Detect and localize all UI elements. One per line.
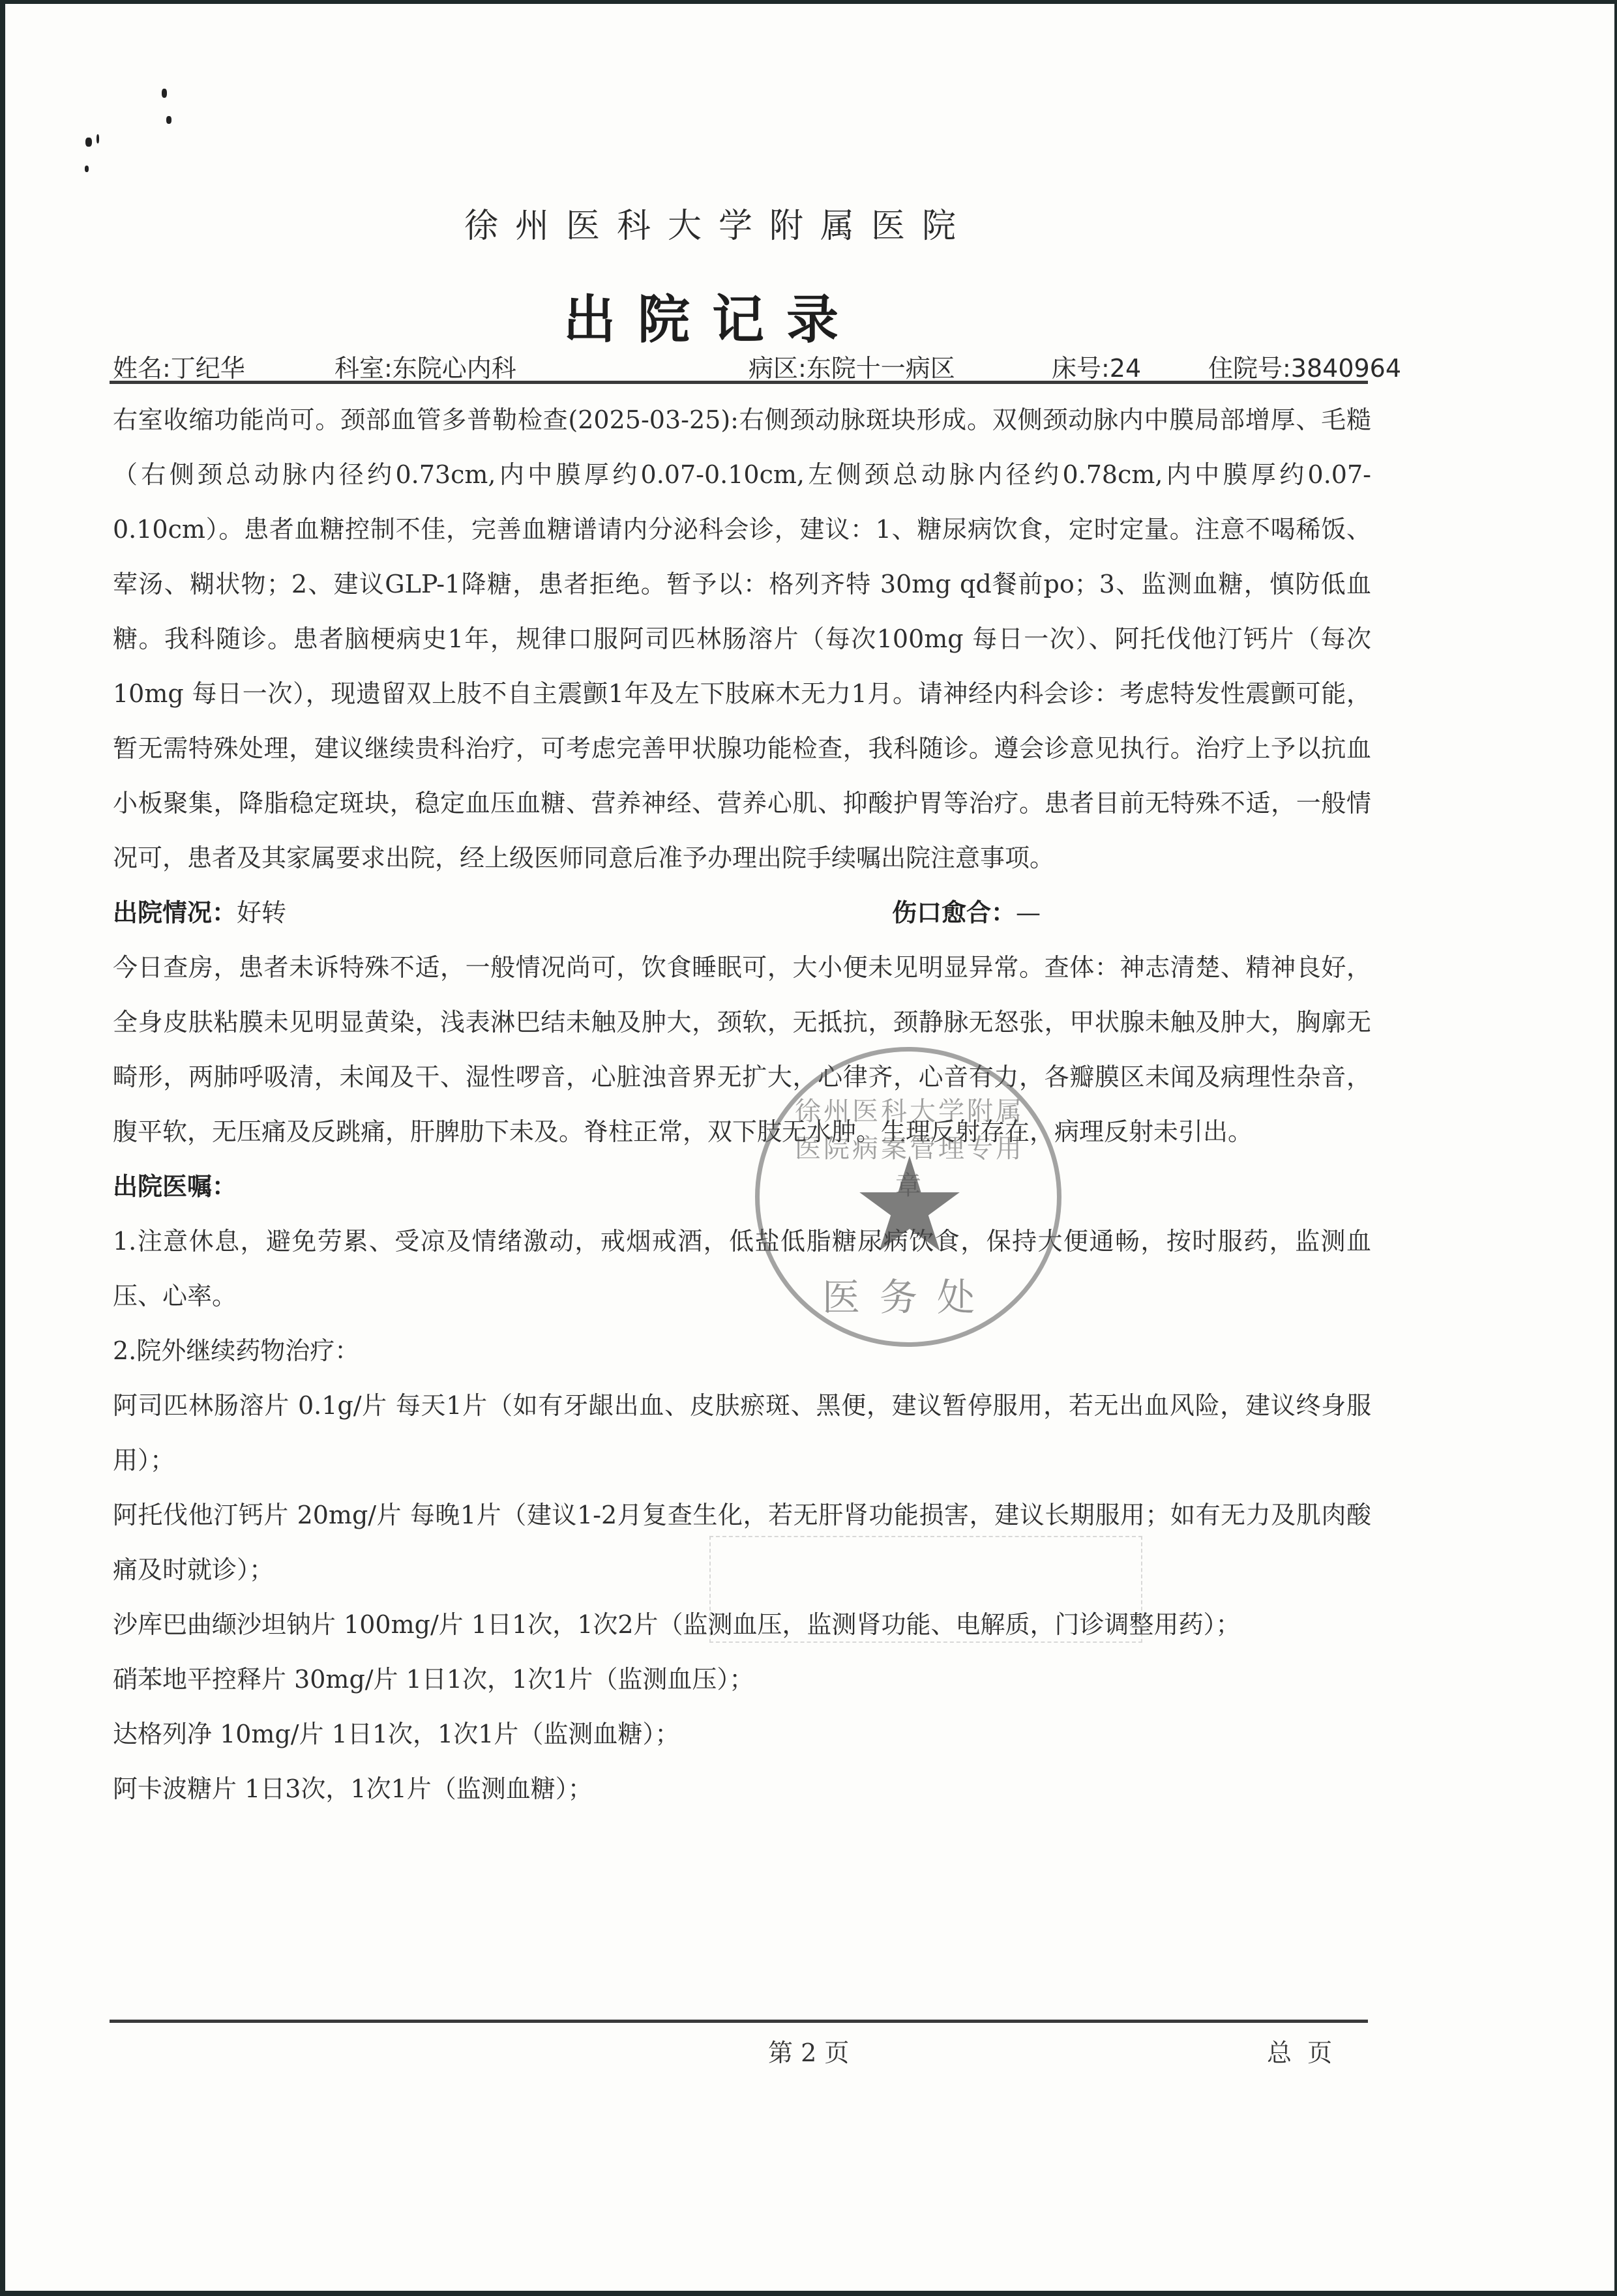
discharge-status-label: 出院情况： <box>113 898 237 927</box>
document-page: 徐州医科大学附属医院 出院记录 姓名:丁纪华 科室:东院心内科 病区:东院十一病… <box>5 4 1614 2291</box>
medication-item: 阿卡波糖片 1日3次，1次1片（监测血糖）； <box>113 1761 1371 1816</box>
footer-rule <box>110 2020 1368 2023</box>
admission-number: 住院号:3840964 <box>1208 348 1401 384</box>
wound-healing-value: — <box>1016 898 1041 927</box>
medication-item: 阿司匹林肠溶片 0.1g/片 每天1片（如有牙龈出血、皮肤瘀斑、黑便，建议暂停服… <box>113 1378 1371 1488</box>
patient-name: 姓名:丁纪华 <box>113 348 245 384</box>
ward: 病区:东院十一病区 <box>749 348 955 384</box>
exam-paragraph: 今日查房，患者未诉特殊不适，一般情况尚可，饮食睡眠可，大小便未见明显异常。查体：… <box>113 940 1371 1159</box>
discharge-orders-label: 出院医嘱： <box>113 1159 1371 1214</box>
hospital-name: 徐州医科大学附属医院 <box>5 198 1614 247</box>
document-title: 出院记录 <box>5 278 1614 353</box>
total-pages: 总 页 <box>1267 2033 1332 2068</box>
course-paragraph: 右室收缩功能尚可。颈部血管多普勒检查(2025-03-25):右侧颈动脉斑块形成… <box>113 392 1371 885</box>
wound-healing-label: 伤口愈合： <box>892 898 1016 927</box>
department: 科室:东院心内科 <box>334 348 516 384</box>
header-rule <box>110 381 1368 384</box>
bed-number: 床号:24 <box>1052 348 1141 384</box>
medication-item: 达格列净 10mg/片 1日1次，1次1片（监测血糖）； <box>113 1707 1371 1761</box>
discharge-status-value: 好转 <box>237 898 286 927</box>
order-item: 2.院外继续药物治疗： <box>113 1323 1371 1378</box>
medication-item: 硝苯地平控释片 30mg/片 1日1次，1次1片（监测血压）； <box>113 1652 1371 1707</box>
discharge-status-row: 出院情况：好转 伤口愈合：— <box>113 885 1371 940</box>
order-item: 1.注意休息，避免劳累、受凉及情绪激动，戒烟戒酒，低盐低脂糖尿病饮食，保持大便通… <box>113 1214 1371 1323</box>
faint-show-through <box>709 1536 1142 1643</box>
page-number: 第 2 页 <box>768 2033 849 2068</box>
